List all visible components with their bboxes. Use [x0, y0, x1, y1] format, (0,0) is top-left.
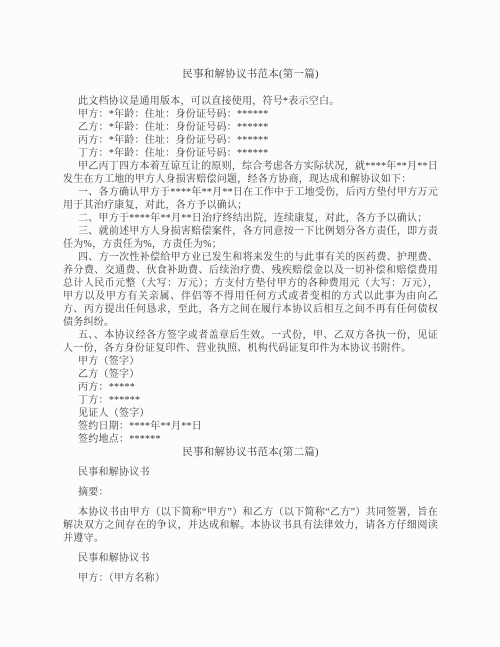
- paragraph: 乙方（签字）: [63, 368, 438, 381]
- paragraph: 签约地点：******: [63, 433, 438, 446]
- section2-title: 民事和解协议书范本(第二篇): [63, 446, 438, 459]
- paragraph: 二、甲方于****年**月**日治疗终结出院，连续康复，对此，各方予以确认；: [63, 212, 438, 225]
- paragraph: 丁方：*年龄：住址：身份证号码：******: [63, 147, 438, 160]
- document-content: 民事和解协议书范本(第一篇) 此文档协议是通用版本，可以直接使用，符号*表示空白…: [0, 0, 500, 585]
- section1-body: 此文档协议是通用版本，可以直接使用，符号*表示空白。甲方：*年龄：住址：身份证号…: [63, 95, 438, 446]
- paragraph: 甲乙丙丁四方本着互谅互让的原则，综合考虑各方实际状况，就****年**月**日发…: [63, 160, 438, 186]
- paragraph: 丙方：*年龄：住址：身份证号码：******: [63, 134, 438, 147]
- paragraph: 签约日期：****年**月**日: [63, 420, 438, 433]
- paragraph: 一、各方确认甲方于****年**月**日在工作中于工地受伤，后丙方垫付甲方万元用…: [63, 186, 438, 212]
- document-page: 民事和解协议书范本(第一篇) 此文档协议是通用版本，可以直接使用，符号*表示空白…: [0, 0, 500, 647]
- paragraph: 乙方：*年龄：住址：身份证号码：******: [63, 121, 438, 134]
- paragraph: 三、就前述甲方人身损害赔偿案件，各方同意按一下比例划分各方责任，即方责任为%，方…: [63, 225, 438, 251]
- paragraph: 甲方（签字）: [63, 355, 438, 368]
- paragraph: 丁方：******: [63, 394, 438, 407]
- paragraph: 丙方：*****: [63, 381, 438, 394]
- paragraph: 见证人（签字）: [63, 407, 438, 420]
- paragraph: 民事和解协议书: [63, 466, 438, 479]
- paragraph: 五、、本协议经各方签字或者盖章后生效。一式份，甲、乙双方各执一份，见证人一份，各…: [63, 329, 438, 355]
- section1-title: 民事和解协议书范本(第一篇): [63, 68, 438, 81]
- paragraph: 摘要：: [63, 486, 438, 499]
- paragraph: 甲方：（甲方名称）: [63, 572, 438, 585]
- paragraph: 甲方：*年龄：住址：身份证号码：******: [63, 108, 438, 121]
- paragraph: 本协议书由甲方（以下简称“甲方”）和乙方（以下简称“乙方”）共同签署，旨在解决双…: [63, 506, 438, 545]
- paragraph: 此文档协议是通用版本，可以直接使用，符号*表示空白。: [63, 95, 438, 108]
- paragraph: 四、方一次性补偿给甲方业已发生和将来发生的与此事有关的医药费、护理费、养分费、交…: [63, 251, 438, 329]
- paragraph: 民事和解协议书: [63, 552, 438, 565]
- section2-body: 民事和解协议书摘要：本协议书由甲方（以下简称“甲方”）和乙方（以下简称“乙方”）…: [63, 466, 438, 585]
